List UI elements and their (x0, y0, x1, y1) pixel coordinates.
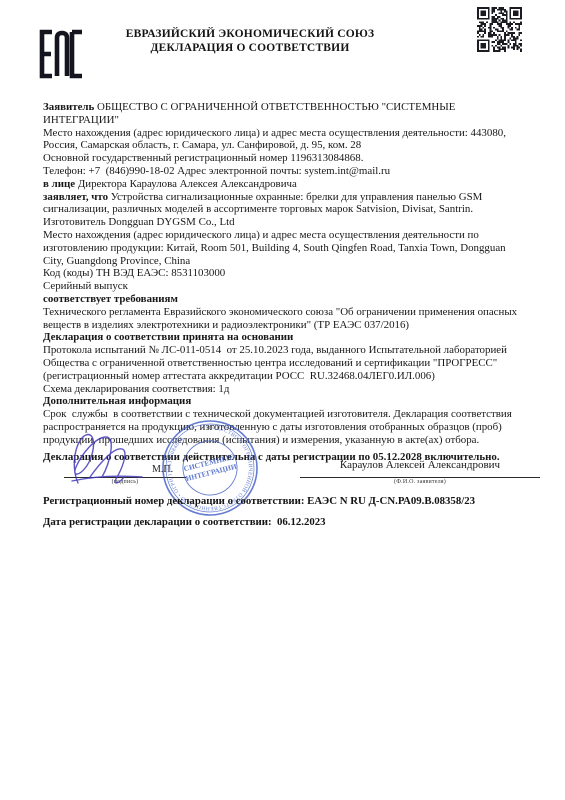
document-body: Заявитель ОБЩЕСТВО С ОГРАНИЧЕННОЙ ОТВЕТС… (43, 101, 543, 463)
document-text-line: Срок службы в соответствии с технической… (43, 408, 543, 421)
document-text-line: заявляет, что Устройства сигнализационны… (43, 191, 543, 204)
declaration-document: ЕВРАЗИЙСКИЙ ЭКОНОМИЧЕСКИЙ СОЮЗ ДЕКЛАРАЦИ… (0, 0, 565, 800)
document-text-line: веществ в изделиях электротехники и ради… (43, 319, 543, 332)
document-text-line: Технического регламента Евразийского эко… (43, 306, 543, 319)
document-text-line: City, Guangdong Province, China (43, 255, 543, 268)
signatory-name: Караулов Алексей Александрович (300, 459, 540, 471)
document-text-line: Телефон: +7 (846)990-18-02 Адрес электро… (43, 165, 543, 178)
document-text-line: Основной государственный регистрационный… (43, 152, 543, 165)
document-text-line: Общества с ограниченной ответственностью… (43, 357, 543, 370)
document-text-line: сигнализации, различных моделей в ассорт… (43, 203, 543, 216)
registration-number-line: Регистрационный номер декларации о соотв… (43, 495, 475, 507)
document-title: ЕВРАЗИЙСКИЙ ЭКОНОМИЧЕСКИЙ СОЮЗ ДЕКЛАРАЦИ… (110, 27, 390, 55)
document-text-line: ИНТЕГРАЦИИ" (43, 114, 543, 127)
handwritten-signature (66, 427, 150, 493)
document-text-line: Дополнительная информация (43, 395, 543, 408)
document-text-line: соответствует требованиям (43, 293, 543, 306)
title-union: ЕВРАЗИЙСКИЙ ЭКОНОМИЧЕСКИЙ СОЮЗ (110, 27, 390, 41)
document-text-line: изготовлению продукции: Китай, Room 501,… (43, 242, 543, 255)
document-text-line: Протокола испытаний № ЛС-011-0514 от 25.… (43, 344, 543, 357)
document-text-line: Россия, Самарская область, г. Самара, ул… (43, 139, 543, 152)
name-line (300, 477, 540, 478)
document-text-line: Декларация о соответствии принята на осн… (43, 331, 543, 344)
document-text-line: Схема декларирования соответствия: 1д (43, 383, 543, 396)
document-text-line: Изготовитель Dongguan DYGSM Co., Ltd (43, 216, 543, 229)
document-text-line: Серийный выпуск (43, 280, 543, 293)
document-text-line: в лице Директора Караулова Алексея Алекс… (43, 178, 543, 191)
document-text-line: Место нахождения (адрес юридического лиц… (43, 229, 543, 242)
qr-code (477, 7, 522, 52)
eac-mark-icon (38, 29, 86, 79)
document-text-line: Место нахождения (адрес юридического лиц… (43, 127, 543, 140)
name-caption: (Ф.И.О. заявителя) (300, 479, 540, 485)
document-text-line: Заявитель ОБЩЕСТВО С ОГРАНИЧЕННОЙ ОТВЕТС… (43, 101, 543, 114)
document-text-line: Код (коды) ТН ВЭД ЕАЭС: 8531103000 (43, 267, 543, 280)
registration-date-line: Дата регистрации декларации о соответств… (43, 516, 326, 528)
title-declaration: ДЕКЛАРАЦИЯ О СООТВЕТСТВИИ (110, 41, 390, 55)
document-text-line: (регистрационный номер аттестата аккреди… (43, 370, 543, 383)
